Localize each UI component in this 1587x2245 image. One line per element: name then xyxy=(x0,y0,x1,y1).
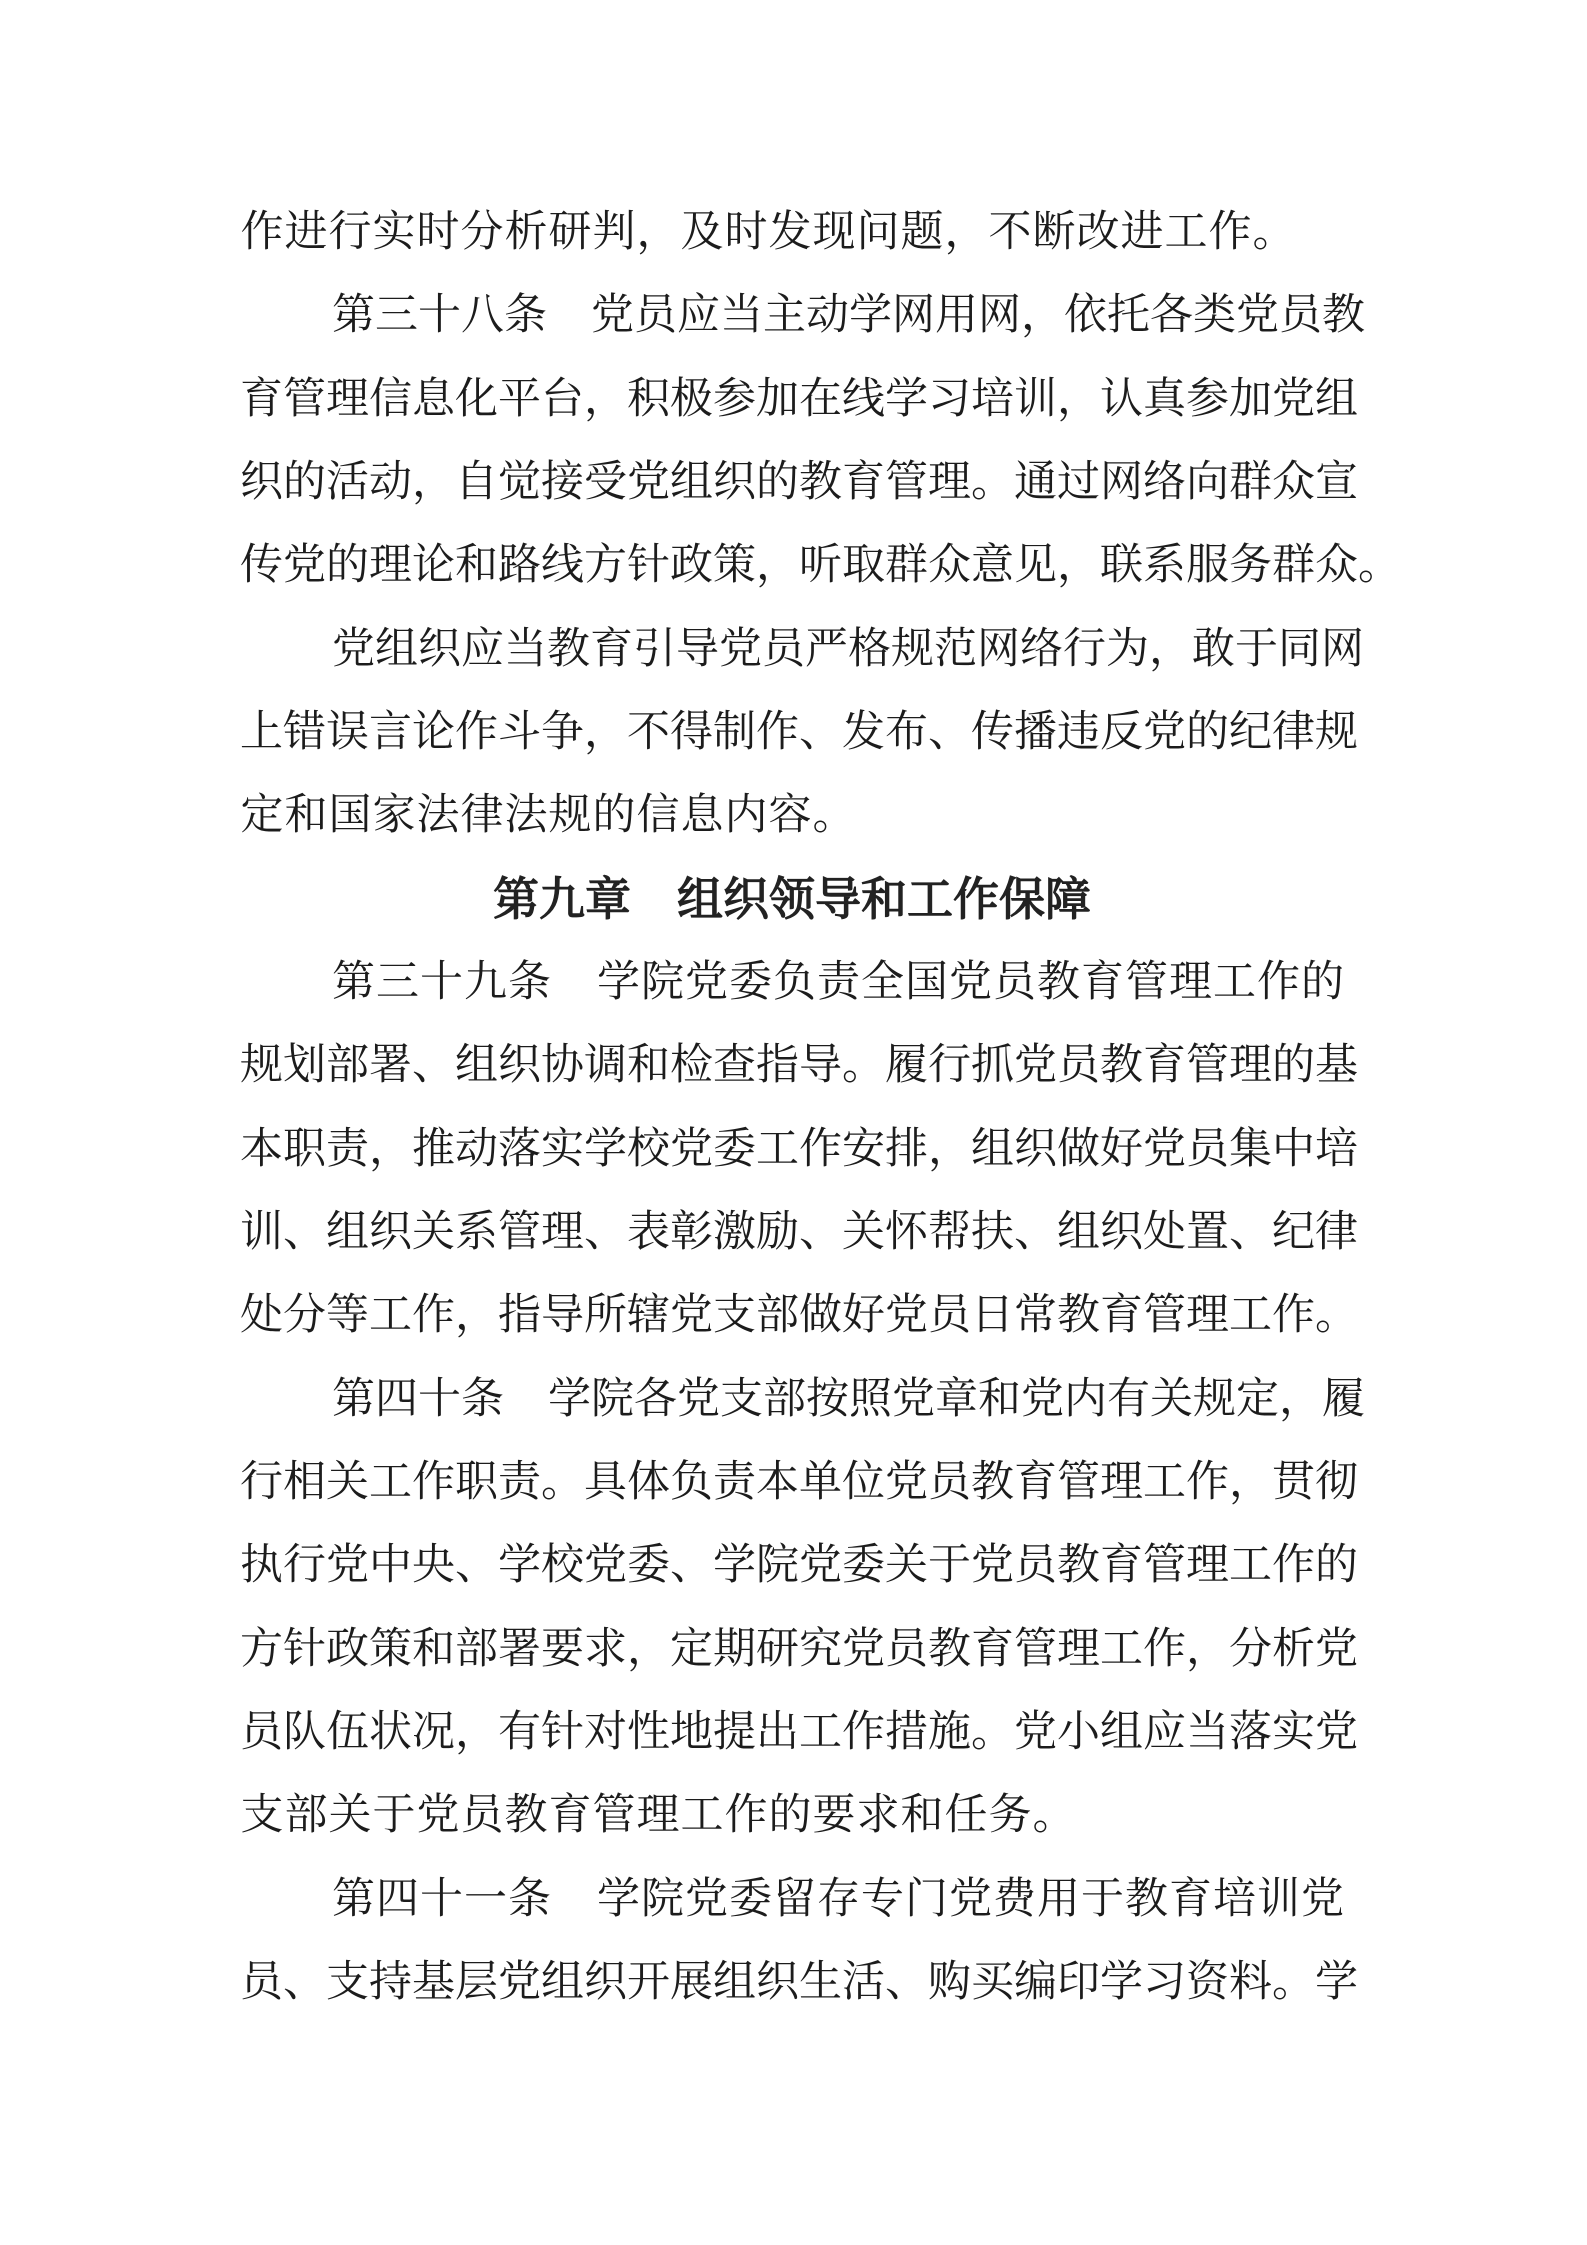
text-line: 作进行实时分析研判，及时发现问题，不断改进工作。 xyxy=(240,191,1344,274)
text-line: 第四十一条 学院党委留存专门党费用于教育培训党 xyxy=(240,1858,1344,1941)
text-line: 员队伍状况，有针对性地提出工作措施。党小组应当落实党 xyxy=(240,1691,1344,1774)
text-line: 育管理信息化平台，积极参加在线学习培训，认真参加党组 xyxy=(240,358,1344,441)
text-line: 方针政策和部署要求，定期研究党员教育管理工作，分析党 xyxy=(240,1608,1344,1691)
text-line: 定和国家法律法规的信息内容。 xyxy=(240,774,1344,857)
text-line: 规划部署、组织协调和检查指导。履行抓党员教育管理的基 xyxy=(240,1024,1344,1107)
text-line: 员、支持基层党组织开展组织生活、购买编印学习资料。学 xyxy=(240,1941,1344,2024)
text-line: 党组织应当教育引导党员严格规范网络行为，敢于同网 xyxy=(240,608,1344,691)
text-line: 处分等工作，指导所辖党支部做好党员日常教育管理工作。 xyxy=(240,1274,1344,1357)
text-line: 第四十条 学院各党支部按照党章和党内有关规定，履 xyxy=(240,1358,1344,1441)
text-line: 行相关工作职责。具体负责本单位党员教育管理工作，贯彻 xyxy=(240,1441,1344,1524)
text-line: 织的活动，自觉接受党组织的教育管理。通过网络向群众宣 xyxy=(240,441,1344,524)
text-line: 上错误言论作斗争，不得制作、发布、传播违反党的纪律规 xyxy=(240,691,1344,774)
chapter-heading: 第九章 组织领导和工作保障 xyxy=(240,858,1344,941)
text-line: 支部关于党员教育管理工作的要求和任务。 xyxy=(240,1774,1344,1857)
text-line: 第三十九条 学院党委负责全国党员教育管理工作的 xyxy=(240,941,1344,1024)
document-page: 作进行实时分析研判，及时发现问题，不断改进工作。第三十八条 党员应当主动学网用网… xyxy=(0,0,1587,2245)
document-text-block: 作进行实时分析研判，及时发现问题，不断改进工作。第三十八条 党员应当主动学网用网… xyxy=(240,191,1344,2024)
text-line: 传党的理论和路线方针政策，听取群众意见，联系服务群众。 xyxy=(240,524,1344,607)
text-line: 训、组织关系管理、表彰激励、关怀帮扶、组织处置、纪律 xyxy=(240,1191,1344,1274)
text-line: 本职责，推动落实学校党委工作安排，组织做好党员集中培 xyxy=(240,1108,1344,1191)
text-line: 执行党中央、学校党委、学院党委关于党员教育管理工作的 xyxy=(240,1524,1344,1607)
text-line: 第三十八条 党员应当主动学网用网，依托各类党员教 xyxy=(240,274,1344,357)
